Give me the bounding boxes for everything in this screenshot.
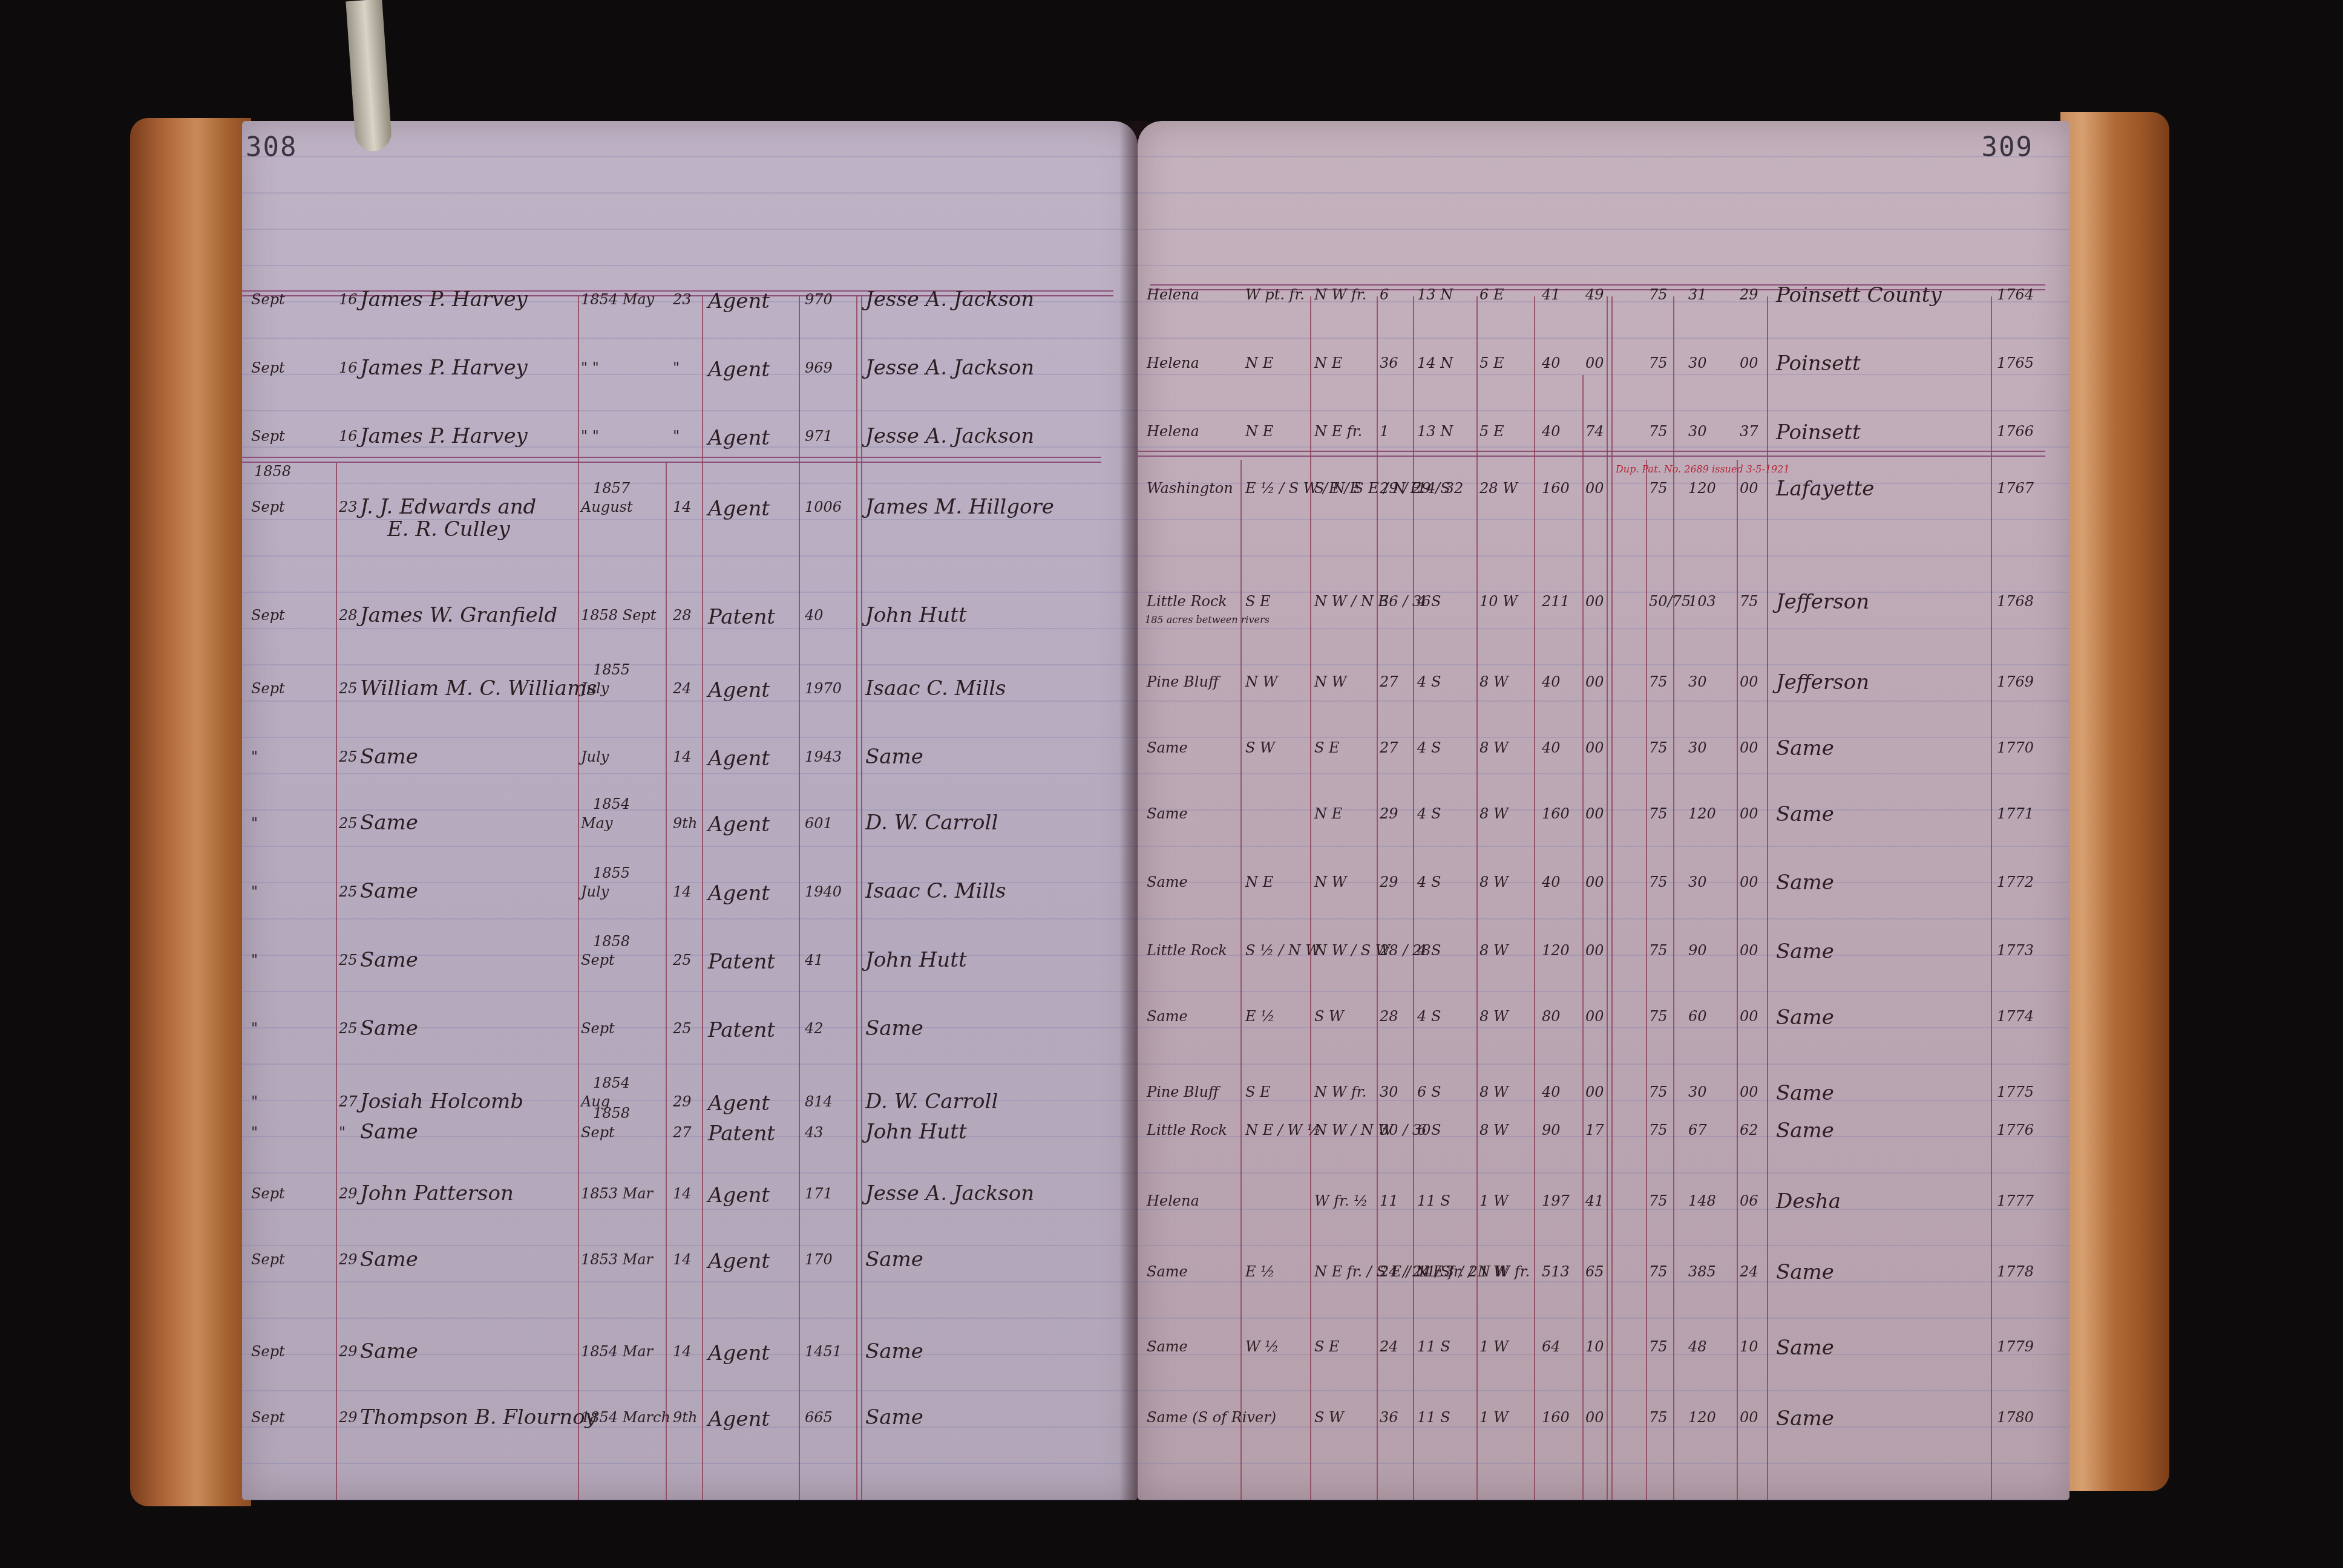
- price: 75: [1649, 739, 1668, 756]
- located-by: Agent: [708, 746, 770, 771]
- located-by: Agent: [708, 289, 770, 313]
- acres-fraction: 00: [1585, 1083, 1604, 1100]
- part-of-quarter: N E: [1245, 874, 1273, 890]
- entry-number: 814: [805, 1093, 833, 1110]
- purchaser-name: John Patterson: [360, 1181, 514, 1206]
- entry-month: ": [251, 1124, 258, 1141]
- acres-fraction: 00: [1585, 942, 1604, 959]
- entry-number: 1451: [805, 1343, 842, 1360]
- price: 50/75: [1649, 593, 1691, 610]
- acres: 40: [1542, 739, 1561, 756]
- land-office: Helena: [1147, 354, 1199, 371]
- part-of-quarter: W pt. fr.: [1245, 286, 1305, 303]
- certificate-number: 1764: [1997, 286, 2034, 303]
- entry-day: 25: [339, 815, 358, 832]
- county: Same: [1776, 871, 1834, 895]
- entry-date-year: 1858: [593, 933, 630, 950]
- entry-date-month: 1853 Mar: [581, 1251, 653, 1268]
- entry-date-day: 24: [673, 680, 692, 697]
- county: Same: [1776, 939, 1834, 964]
- acres-fraction: 00: [1585, 673, 1604, 690]
- located-by: Agent: [708, 1249, 770, 1273]
- entry-day: 25: [339, 952, 358, 969]
- section: 27: [1380, 739, 1398, 756]
- entry-date-day: 25: [673, 952, 692, 969]
- entry-date-day: 14: [673, 1251, 692, 1268]
- part-of-quarter: N E / W ½: [1245, 1122, 1321, 1138]
- amount-dollars: 60: [1688, 1008, 1707, 1025]
- acres-fraction: 17: [1585, 1122, 1604, 1138]
- agent-name: Same: [865, 1339, 923, 1364]
- col-divider-month: [336, 463, 337, 1500]
- agent-name: Jesse A. Jackson: [865, 287, 1034, 312]
- purchaser-name: Same: [360, 879, 418, 903]
- county: Poinsett County: [1776, 283, 1942, 307]
- amount-cents: 00: [1740, 1409, 1758, 1426]
- acres: 40: [1542, 423, 1561, 440]
- entry-date-month: 1858 Sept: [581, 607, 656, 624]
- acres-fraction: 65: [1585, 1263, 1604, 1280]
- entry-date-month: 1854 Mar: [581, 1343, 653, 1360]
- entry-number: 601: [805, 815, 833, 832]
- quarter: N W fr.: [1314, 286, 1366, 303]
- entry-number: 1970: [805, 680, 842, 697]
- entry-day: 16: [339, 291, 358, 308]
- range: 6 E: [1480, 286, 1504, 303]
- range: 8 W: [1480, 1083, 1509, 1100]
- land-office: Pine Bluff: [1147, 1083, 1219, 1100]
- entry-date-year: 1857: [593, 480, 630, 497]
- entry-date-day: 25: [673, 1020, 692, 1037]
- range: 1 W: [1480, 1409, 1509, 1426]
- section: 30: [1380, 1083, 1398, 1100]
- certificate-number: 1779: [1997, 1338, 2034, 1355]
- acres: 80: [1542, 1008, 1561, 1025]
- amount-dollars: 48: [1688, 1338, 1707, 1355]
- located-by: Agent: [708, 1407, 770, 1431]
- amount-cents: 00: [1740, 739, 1758, 756]
- section: 29: [1380, 874, 1398, 890]
- col-divider-amount: [1673, 296, 1674, 1500]
- entry-number: 42: [805, 1020, 824, 1037]
- entry-number: 971: [805, 428, 833, 445]
- entry-date-day: ": [673, 428, 680, 445]
- part-of-quarter: N E: [1245, 423, 1273, 440]
- entry-day: 16: [339, 428, 358, 445]
- county: Same: [1776, 1119, 1834, 1143]
- entry-date-day: 14: [673, 498, 692, 515]
- acres: 40: [1542, 874, 1561, 890]
- certificate-number: 1778: [1997, 1263, 2034, 1280]
- amount-cents: 75: [1740, 593, 1758, 610]
- county: Same: [1776, 1005, 1834, 1030]
- entry-number: 40: [805, 607, 824, 624]
- certificate-number: 1767: [1997, 480, 2034, 497]
- land-office: Helena: [1147, 286, 1199, 303]
- quarter: S W: [1314, 1409, 1344, 1426]
- entry-number: 970: [805, 291, 833, 308]
- entry-month: Sept: [251, 428, 285, 445]
- part-of-quarter: N W: [1245, 673, 1277, 690]
- entry-date-month: May: [581, 815, 612, 832]
- acres: 41: [1542, 286, 1561, 303]
- quarter: N W / S W: [1314, 942, 1390, 959]
- quarter: N E: [1314, 805, 1342, 822]
- amount-dollars: 30: [1688, 1083, 1707, 1100]
- entry-date-day: 29: [673, 1093, 692, 1110]
- entry-month: Sept: [251, 1251, 285, 1268]
- agent-name: Jesse A. Jackson: [865, 424, 1034, 448]
- located-by: Agent: [708, 497, 770, 521]
- book-page-edges-left: [130, 118, 251, 1506]
- range: 10 W: [1480, 593, 1518, 610]
- amount-cents: 00: [1740, 942, 1758, 959]
- entry-number: 969: [805, 359, 833, 376]
- acres-fraction: 41: [1585, 1192, 1604, 1209]
- agent-name: Same: [865, 1405, 923, 1429]
- purchaser-name: Thompson B. Flournoy: [360, 1405, 597, 1429]
- located-by: Agent: [708, 881, 770, 906]
- range: 8 W: [1480, 673, 1509, 690]
- entry-number: 1940: [805, 883, 842, 900]
- entry-date-month: July: [581, 680, 609, 697]
- agent-name: Same: [865, 745, 923, 769]
- certificate-number: 1771: [1997, 805, 2034, 822]
- township: 6 S: [1417, 1083, 1441, 1100]
- agent-name: D. W. Carroll: [865, 811, 998, 835]
- range: 8 W: [1480, 739, 1509, 756]
- amount-dollars: 31: [1688, 286, 1707, 303]
- entry-date-month: " ": [581, 359, 599, 376]
- part-of-quarter: S E: [1245, 1083, 1271, 1100]
- purchaser-name: Josiah Holcomb: [360, 1089, 523, 1114]
- land-office: Helena: [1147, 1192, 1199, 1209]
- entry-month: Sept: [251, 1185, 285, 1202]
- quarter: N W / N E: [1314, 593, 1389, 610]
- acres: 211: [1542, 593, 1570, 610]
- county: Same: [1776, 1260, 1834, 1284]
- amount-cents: 62: [1740, 1122, 1758, 1138]
- section: 24: [1380, 1338, 1398, 1355]
- purchaser-name-line2: E. R. Culley: [387, 517, 510, 541]
- amount-cents: 00: [1740, 874, 1758, 890]
- township: 4 S: [1417, 942, 1441, 959]
- amount-dollars: 120: [1688, 480, 1716, 497]
- purchaser-name: Same: [360, 1120, 418, 1144]
- entry-month: Sept: [251, 607, 285, 624]
- entry-day: 29: [339, 1185, 358, 1202]
- acres: 197: [1542, 1192, 1570, 1209]
- entry-date-day: 23: [673, 291, 692, 308]
- acres-fraction: 00: [1585, 874, 1604, 890]
- entry-day: 29: [339, 1251, 358, 1268]
- located-by: Patent: [708, 1018, 775, 1042]
- price: 75: [1649, 423, 1668, 440]
- acres-fraction: 00: [1585, 354, 1604, 371]
- acres-fraction: 00: [1585, 1008, 1604, 1025]
- price: 75: [1649, 942, 1668, 959]
- range: 1 W: [1480, 1338, 1509, 1355]
- entry-month: ": [251, 815, 258, 832]
- entry-number: 1943: [805, 748, 842, 765]
- purchaser-name: J. J. Edwards and: [360, 495, 536, 519]
- ledger-page-right: 309 HelenaW pt. fr.N W fr.613 N6 E414975…: [1138, 121, 2069, 1500]
- part-of-quarter: N E: [1245, 354, 1273, 371]
- township: 14 N: [1417, 354, 1453, 371]
- agent-name: John Hutt: [865, 603, 967, 627]
- entry-month: ": [251, 883, 258, 900]
- price: 75: [1649, 1192, 1668, 1209]
- entry-date-day: 27: [673, 1124, 692, 1141]
- amount-dollars: 148: [1688, 1192, 1716, 1209]
- section: 6: [1380, 286, 1389, 303]
- certificate-number: 1776: [1997, 1122, 2034, 1138]
- col-divider-sec: [1413, 296, 1414, 1500]
- county: Poinsett: [1776, 351, 1861, 376]
- acres-fraction: 49: [1585, 286, 1604, 303]
- county: Desha: [1776, 1189, 1841, 1214]
- township: 11 S: [1417, 1192, 1450, 1209]
- agent-name: Same: [865, 1247, 923, 1272]
- certificate-number: 1766: [1997, 423, 2034, 440]
- amount-cents: 00: [1740, 805, 1758, 822]
- purchaser-name: James W. Granfield: [360, 603, 557, 627]
- entry-date-month: " ": [581, 428, 599, 445]
- col-divider-by: [799, 296, 800, 1500]
- certificate-number: 1765: [1997, 354, 2034, 371]
- col-divider-no: [1991, 296, 1992, 1500]
- range: 8 W: [1480, 1122, 1509, 1138]
- price: 75: [1649, 480, 1668, 497]
- part-of-quarter: E ½: [1245, 1008, 1274, 1025]
- entry-date-year: 1855: [593, 661, 630, 678]
- entry-date-year: 1854: [593, 1074, 630, 1091]
- purchaser-name: James P. Harvey: [360, 287, 528, 312]
- located-by: Agent: [708, 1091, 770, 1116]
- range: 1 W: [1480, 1192, 1509, 1209]
- entry-date-day: 14: [673, 1185, 692, 1202]
- col-divider-quarter: [1377, 296, 1378, 1500]
- entry-month: Sept: [251, 680, 285, 697]
- agent-name: Jesse A. Jackson: [865, 1181, 1034, 1206]
- amount-dollars: 30: [1688, 874, 1707, 890]
- quarter: N E fr.: [1314, 423, 1362, 440]
- amount-cents: 00: [1740, 354, 1758, 371]
- entry-month: Sept: [251, 359, 285, 376]
- entry-number: 171: [805, 1185, 833, 1202]
- price: 75: [1649, 673, 1668, 690]
- entry-date-day: 28: [673, 607, 692, 624]
- entry-date-day: 14: [673, 1343, 692, 1360]
- purchaser-name: James P. Harvey: [360, 356, 528, 380]
- agent-name: John Hutt: [865, 1120, 967, 1144]
- certificate-number: 1775: [1997, 1083, 2034, 1100]
- col-divider-acres: [1582, 375, 1584, 1500]
- entry-day: 23: [339, 498, 358, 515]
- acres-fraction: 00: [1585, 593, 1604, 610]
- acres: 90: [1542, 1122, 1561, 1138]
- entry-date-month: July: [581, 748, 609, 765]
- col-divider-range: [1534, 296, 1535, 1500]
- entry-date-month: 1854 March: [581, 1409, 670, 1426]
- quarter: S W: [1314, 1008, 1344, 1025]
- purchaser-name: Same: [360, 1339, 418, 1364]
- amount-dollars: 30: [1688, 673, 1707, 690]
- certificate-number: 1773: [1997, 942, 2034, 959]
- entry-date-month: Sept: [581, 952, 615, 969]
- entry-month: ": [251, 1020, 258, 1037]
- amount-cents: 00: [1740, 480, 1758, 497]
- entry-date-month: Sept: [581, 1124, 615, 1141]
- acres: 40: [1542, 673, 1561, 690]
- county: Jefferson: [1776, 670, 1869, 694]
- range: 8 W: [1480, 805, 1509, 822]
- land-office: Same: [1147, 1008, 1188, 1025]
- section: 29: [1380, 805, 1398, 822]
- amount-cents: 29: [1740, 286, 1758, 303]
- county: Same: [1776, 1336, 1834, 1360]
- county: Same: [1776, 736, 1834, 760]
- land-office: Little Rock: [1147, 593, 1227, 610]
- acres: 160: [1542, 1409, 1570, 1426]
- land-office: Same: [1147, 1338, 1188, 1355]
- township: 4 S: [1417, 874, 1441, 890]
- agent-name: John Hutt: [865, 948, 967, 972]
- range: 5 E: [1480, 354, 1504, 371]
- part-of-quarter: S W: [1245, 739, 1275, 756]
- entry-number: 1006: [805, 498, 842, 515]
- entry-date-day: 14: [673, 748, 692, 765]
- header-bottom-rule: [242, 457, 1101, 463]
- col-divider-name: [578, 296, 579, 1500]
- range: 8 W: [1480, 874, 1509, 890]
- located-by: Agent: [708, 1341, 770, 1365]
- acres: 160: [1542, 480, 1570, 497]
- page-number-right: 309: [1982, 132, 2033, 163]
- agent-name: Same: [865, 1016, 923, 1040]
- acres-fraction: 00: [1585, 1409, 1604, 1426]
- township: 4 S: [1417, 805, 1441, 822]
- agent-name: Isaac C. Mills: [865, 676, 1006, 701]
- amount-cents: 00: [1740, 1008, 1758, 1025]
- entry-date-day: 9th: [673, 1409, 697, 1426]
- entry-month: ": [251, 952, 258, 969]
- land-office: Same: [1147, 739, 1188, 756]
- amount-cents: 24: [1740, 1263, 1758, 1280]
- land-office: Little Rock: [1147, 942, 1227, 959]
- price: 75: [1649, 1409, 1668, 1426]
- entry-day: 25: [339, 1020, 358, 1037]
- amount-cents: 00: [1740, 673, 1758, 690]
- township: 11 S: [1417, 1409, 1450, 1426]
- price: 75: [1649, 1338, 1668, 1355]
- amount-dollars: 67: [1688, 1122, 1707, 1138]
- section: 1: [1380, 423, 1389, 440]
- entry-month: Sept: [251, 1409, 285, 1426]
- entry-day: 29: [339, 1343, 358, 1360]
- entry-day: 25: [339, 680, 358, 697]
- entry-date-day: 14: [673, 883, 692, 900]
- range: 5 E: [1480, 423, 1504, 440]
- certificate-number: 1772: [1997, 874, 2034, 890]
- township: 13 N: [1417, 286, 1453, 303]
- acres-fraction: 00: [1585, 739, 1604, 756]
- certificate-number: 1769: [1997, 673, 2034, 690]
- amount-cents: 06: [1740, 1192, 1758, 1209]
- entry-number: 170: [805, 1251, 833, 1268]
- township: 11 S: [1417, 1263, 1450, 1280]
- amount-cents: 10: [1740, 1338, 1758, 1355]
- amount-dollars: 385: [1688, 1263, 1716, 1280]
- entry-day: 27: [339, 1093, 358, 1110]
- acres: 120: [1542, 942, 1570, 959]
- amount-dollars: 120: [1688, 805, 1716, 822]
- price: 75: [1649, 286, 1668, 303]
- agent-name: Jesse A. Jackson: [865, 356, 1034, 380]
- section: 27: [1380, 673, 1398, 690]
- land-office: Same: [1147, 805, 1188, 822]
- entry-day: 25: [339, 883, 358, 900]
- quarter: N W: [1314, 874, 1346, 890]
- county: Poinsett: [1776, 420, 1861, 445]
- land-office: Pine Bluff: [1147, 673, 1219, 690]
- purchaser-name: Same: [360, 1016, 418, 1040]
- part-of-quarter: E ½: [1245, 1263, 1274, 1280]
- quarter: W fr. ½: [1314, 1192, 1368, 1209]
- certificate-number: 1777: [1997, 1192, 2034, 1209]
- entry-date-year: 1854: [593, 795, 630, 812]
- price: 75: [1649, 1122, 1668, 1138]
- acres: 160: [1542, 805, 1570, 822]
- entry-month: Sept: [251, 498, 285, 515]
- county: Same: [1776, 802, 1834, 826]
- amount-dollars: 30: [1688, 739, 1707, 756]
- price: 75: [1649, 1008, 1668, 1025]
- quarter: N W fr.: [1314, 1083, 1366, 1100]
- acres-fraction: 00: [1585, 480, 1604, 497]
- located-by: Agent: [708, 812, 770, 837]
- county: Lafayette: [1776, 477, 1874, 501]
- entry-day: 29: [339, 1409, 358, 1426]
- entry-date-day: 9th: [673, 815, 697, 832]
- entry-date-day: ": [673, 359, 680, 376]
- located-by: Agent: [708, 358, 770, 382]
- located-by: Agent: [708, 678, 770, 702]
- purchaser-name: William M. C. Williams: [360, 676, 597, 701]
- acres: 40: [1542, 354, 1561, 371]
- range: 1 W: [1480, 1263, 1509, 1280]
- price: 75: [1649, 354, 1668, 371]
- amount-cents: 00: [1740, 1083, 1758, 1100]
- part-of-quarter: W ½: [1245, 1338, 1279, 1355]
- located-by: Patent: [708, 605, 775, 629]
- certificate-number: 1780: [1997, 1409, 2034, 1426]
- section: 36: [1380, 1409, 1398, 1426]
- purchaser-name: Same: [360, 811, 418, 835]
- township: 4 S: [1417, 673, 1441, 690]
- amount-dollars: 90: [1688, 942, 1707, 959]
- acres-fraction: 74: [1585, 423, 1604, 440]
- quarter: S E: [1314, 1338, 1340, 1355]
- acres: 513: [1542, 1263, 1570, 1280]
- year-heading: 1858: [254, 463, 291, 480]
- land-office: Washington: [1147, 480, 1233, 497]
- col-divider-part: [1310, 296, 1311, 1500]
- agent-name: Isaac C. Mills: [865, 879, 1006, 903]
- entry-day: ": [339, 1124, 346, 1141]
- col-divider-price: [1646, 460, 1647, 1500]
- entry-number: 665: [805, 1409, 833, 1426]
